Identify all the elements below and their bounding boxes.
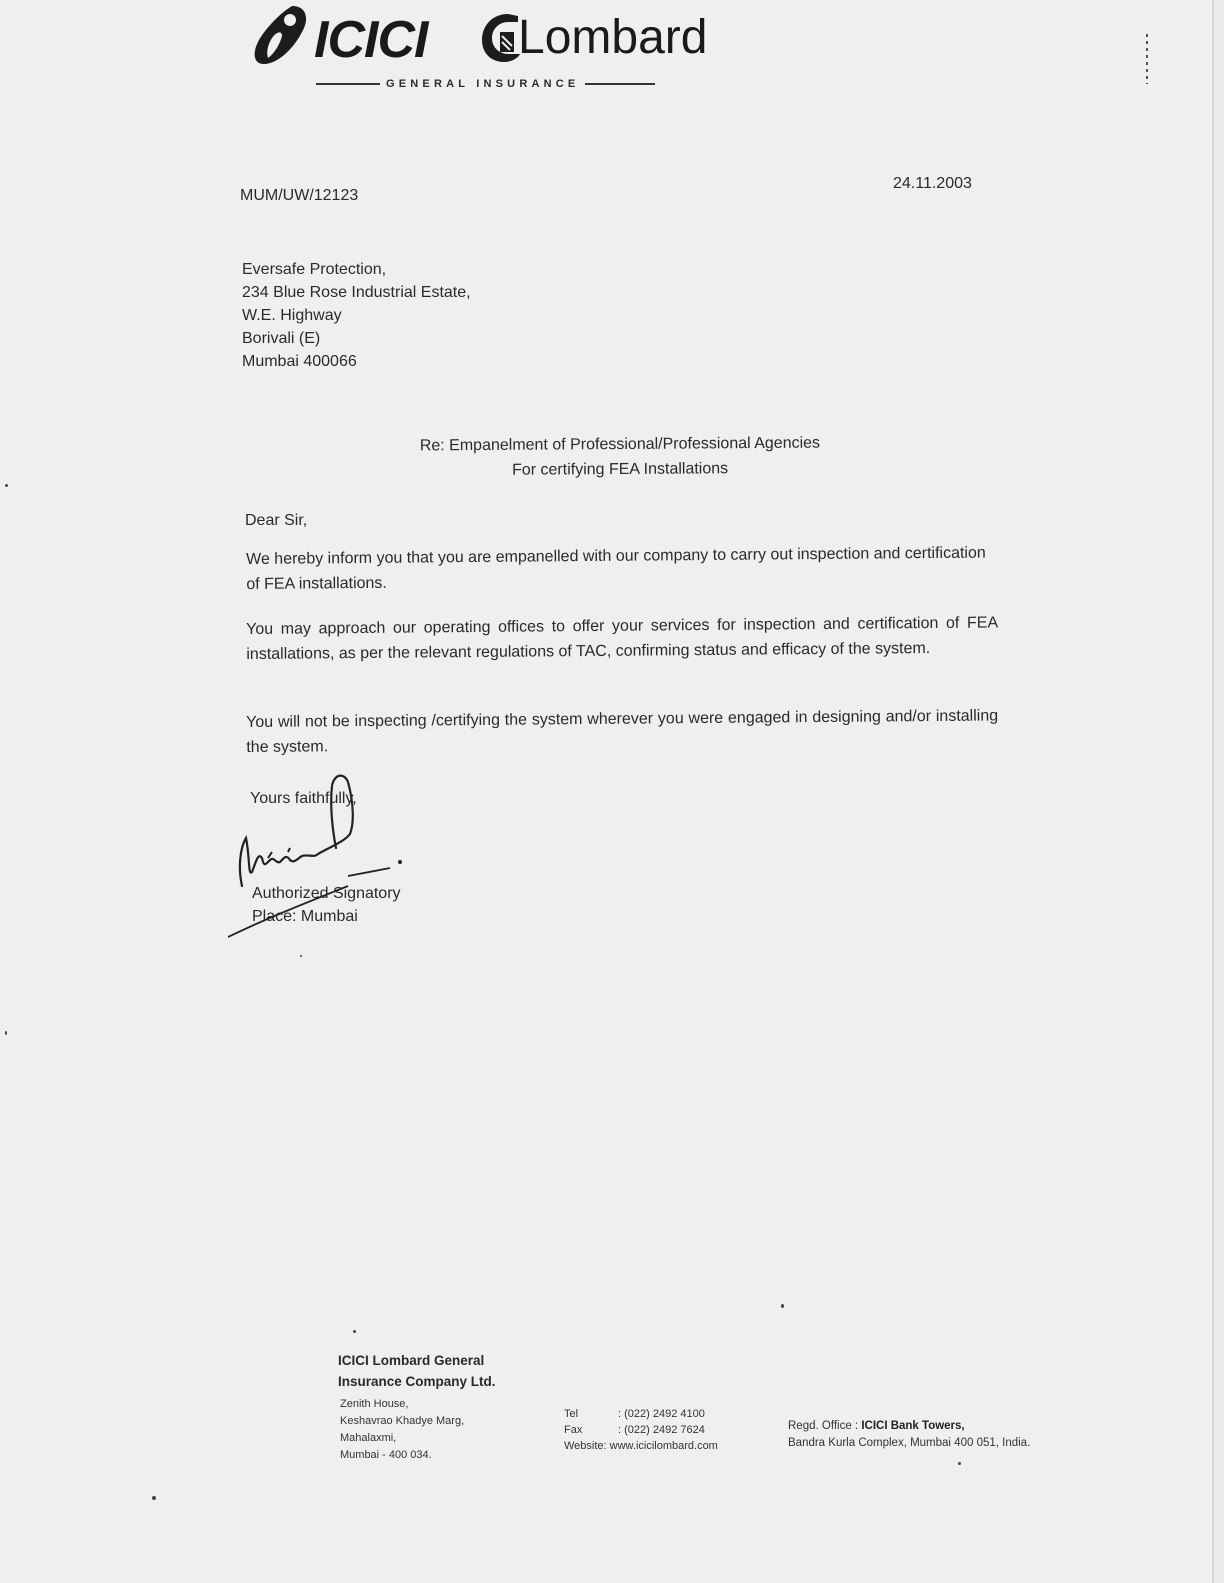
- website-value[interactable]: : www.icicilombard.com: [604, 1438, 718, 1454]
- logo-tagline: GENERAL INSURANCE: [316, 78, 696, 90]
- fax-label: Fax: [564, 1422, 618, 1438]
- scan-speck: [152, 1496, 156, 1500]
- address-line: 234 Blue Rose Industrial Estate,: [242, 281, 471, 304]
- icici-i-mark-icon: [252, 4, 310, 66]
- scan-mark: [1146, 34, 1148, 84]
- body-paragraph: You will not be inspecting /certifying t…: [246, 703, 998, 760]
- footer-registered-office: Regd. Office : ICICI Bank Towers, Bandra…: [788, 1418, 1030, 1452]
- company-name-line: ICICI Lombard General: [338, 1350, 496, 1371]
- address-line: Borivali (E): [242, 327, 471, 350]
- scan-speck: [300, 955, 302, 957]
- tel-row: Tel : (022) 2492 4100: [564, 1406, 718, 1422]
- fax-value: : (022) 2492 7624: [618, 1422, 705, 1438]
- lion-emblem-icon: [478, 10, 522, 64]
- signatory-place: Place: Mumbai: [252, 905, 401, 928]
- signatory-title: Authorized Signatory: [252, 882, 401, 905]
- salutation: Dear Sir,: [245, 512, 307, 530]
- footer-address-line: Mumbai - 400 034.: [340, 1447, 464, 1464]
- signatory-block: Authorized Signatory Place: Mumbai: [252, 882, 401, 928]
- recipient-address: Eversafe Protection, 234 Blue Rose Indus…: [242, 258, 471, 373]
- subject-line-2: For certifying FEA Installations: [370, 455, 870, 483]
- tel-value: : (022) 2492 4100: [618, 1406, 705, 1422]
- website-label: Website: [564, 1438, 604, 1454]
- footer-address-line: Zenith House,: [340, 1396, 464, 1413]
- website-row: Website : www.icicilombard.com: [564, 1438, 718, 1454]
- letter-page: ICICI Lombard GENERAL INSURANCE MUM/UW/1…: [0, 0, 1214, 1583]
- fax-row: Fax : (022) 2492 7624: [564, 1422, 718, 1438]
- address-line: W.E. Highway: [242, 304, 471, 327]
- scan-speck: [5, 1031, 7, 1035]
- tel-label: Tel: [564, 1406, 618, 1422]
- company-name-line: Insurance Company Ltd.: [338, 1371, 496, 1392]
- address-line: Eversafe Protection,: [242, 258, 471, 281]
- tagline-text: GENERAL INSURANCE: [386, 78, 579, 90]
- regd-office-label: Regd. Office :: [788, 1420, 858, 1432]
- regd-office-address: Bandra Kurla Complex, Mumbai 400 051, In…: [788, 1435, 1030, 1452]
- address-line: Mumbai 400066: [242, 350, 471, 373]
- footer-address: Zenith House, Keshavrao Khadye Marg, Mah…: [340, 1396, 464, 1464]
- logo-brand-secondary: Lombard: [518, 14, 707, 62]
- body-paragraph: We hereby inform you that you are empane…: [246, 540, 998, 597]
- letter-date: 24.11.2003: [893, 175, 972, 193]
- footer-company-name: ICICI Lombard General Insurance Company …: [338, 1350, 496, 1392]
- footer-address-line: Mahalaxmi,: [340, 1430, 464, 1447]
- scan-speck: [958, 1462, 961, 1465]
- reference-number: MUM/UW/12123: [240, 187, 358, 205]
- logo-brand-primary: ICICI: [314, 14, 427, 66]
- scan-speck: [5, 484, 8, 487]
- body-paragraph: You may approach our operating offices t…: [246, 610, 998, 667]
- footer-contact: Tel : (022) 2492 4100 Fax : (022) 2492 7…: [564, 1406, 718, 1454]
- scan-speck: [353, 1330, 356, 1333]
- subject-line-1: Re: Empanelment of Professional/Professi…: [370, 430, 870, 458]
- company-logo: ICICI Lombard GENERAL INSURANCE: [250, 0, 710, 100]
- subject-line: Re: Empanelment of Professional/Professi…: [370, 430, 870, 483]
- regd-office-name: ICICI Bank Towers,: [861, 1420, 964, 1432]
- divider: [585, 83, 655, 85]
- footer-address-line: Keshavrao Khadye Marg,: [340, 1413, 464, 1430]
- divider: [316, 83, 380, 85]
- scan-speck: [781, 1304, 784, 1308]
